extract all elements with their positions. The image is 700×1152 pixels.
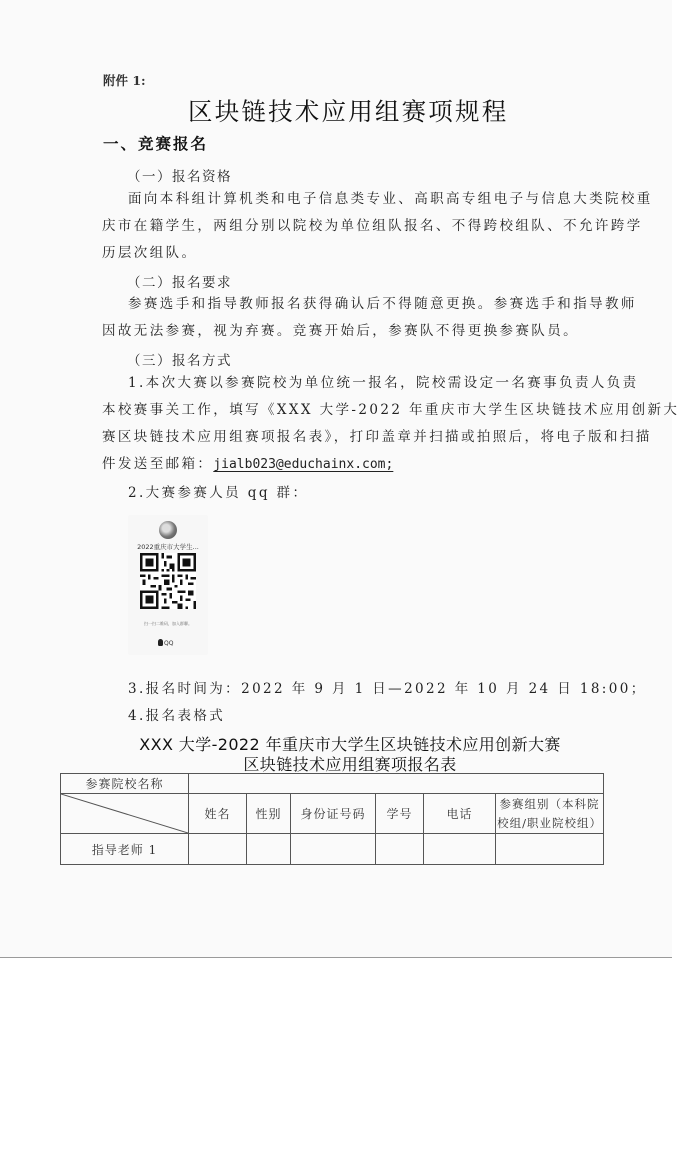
group-avatar	[159, 521, 177, 539]
column-header-group: 参赛组别（本科院 校组/职业院校组）	[496, 794, 604, 834]
qr-group-name: 2022重庆市大学生...	[128, 542, 208, 551]
registration-table: 参赛院校名称 姓名 性别 身份证号码 学号 电话 参赛组别（本科院 校组/职业院…	[60, 773, 604, 865]
section-heading-registration: 一、竞赛报名	[103, 132, 208, 154]
column-header-gender: 性别	[247, 794, 291, 834]
eligibility-line-1: 面向本科组计算机类和电子信息类专业、高职高专组电子与信息大类院校重	[128, 186, 653, 213]
school-name-label: 参赛院校名称	[61, 774, 189, 794]
qq-penguin-icon	[158, 639, 163, 646]
qq-logo: QQ	[158, 639, 173, 647]
method-item-1-line-2: 本校赛事关工作，填写《XXX 大学-2022 年重庆市大学生区块链技术应用创新大	[102, 397, 679, 424]
form-title-line-2: 区块链技术应用组赛项报名表	[0, 752, 700, 775]
method-item-3: 3.报名时间为：2022 年 9 月 1 日—2022 年 10 月 24 日 …	[128, 676, 647, 703]
diagonal-header-cell	[61, 794, 189, 834]
qr-code-icon	[140, 553, 196, 609]
qq-brand-text: QQ	[164, 640, 173, 647]
school-name-field[interactable]	[189, 774, 604, 794]
column-header-name: 姓名	[189, 794, 247, 834]
method-item-2: 2.大赛参赛人员 qq 群：	[128, 480, 308, 507]
column-header-id-number: 身份证号码	[291, 794, 376, 834]
subheading-requirements: （二）报名要求	[127, 271, 232, 291]
method-item-1-line-4: 件发送至邮箱：jialb023@educhainx.com;	[102, 451, 393, 478]
method-item-1-line-1: 1.本次大赛以参赛院校为单位统一报名，院校需设定一名赛事负责人负责	[128, 370, 639, 397]
advisor-gender-cell[interactable]	[247, 834, 291, 865]
email-prefix: 件发送至邮箱：	[102, 456, 213, 472]
attachment-label: 附件 1:	[103, 71, 146, 89]
group-header-line-2: 校组/职业院校组）	[496, 814, 603, 833]
group-header-line-1: 参赛组别（本科院	[496, 795, 603, 814]
eligibility-line-2: 庆市在籍学生，两组分别以院校为单位组队报名、不得跨校组队、不允许跨学	[102, 213, 643, 240]
column-header-student-id: 学号	[376, 794, 424, 834]
advisor-group-cell[interactable]	[496, 834, 604, 865]
qr-hint-text: 扫一扫二维码，加入群聊。	[128, 621, 208, 627]
table-row: 指导老师 1	[61, 834, 604, 865]
page-title: 区块链技术应用组赛项规程	[188, 93, 508, 128]
requirements-line-2: 因故无法参赛，视为弃赛。竞赛开始后，参赛队不得更换参赛队员。	[102, 318, 579, 345]
email-link[interactable]: jialb023@educhainx.com;	[213, 457, 393, 472]
subheading-method: （三）报名方式	[127, 349, 232, 369]
row-label-advisor-1: 指导老师 1	[61, 834, 189, 865]
method-item-1-line-3: 赛区块链技术应用组赛项报名表》，打印盖章并扫描或拍照后，将电子版和扫描	[102, 424, 652, 451]
qq-group-qr-card: 2022重庆市大学生... 扫一扫二维码，加入群聊。 QQ	[128, 515, 208, 655]
eligibility-line-3: 历层次组队。	[102, 240, 197, 267]
subheading-eligibility: （一）报名资格	[127, 165, 232, 185]
requirements-line-1: 参赛选手和指导教师报名获得确认后不得随意更换。参赛选手和指导教师	[128, 291, 637, 318]
advisor-phone-cell[interactable]	[424, 834, 496, 865]
advisor-name-cell[interactable]	[189, 834, 247, 865]
method-item-4: 4.报名表格式	[128, 703, 225, 730]
advisor-id-number-cell[interactable]	[291, 834, 376, 865]
column-header-phone: 电话	[424, 794, 496, 834]
advisor-student-id-cell[interactable]	[376, 834, 424, 865]
